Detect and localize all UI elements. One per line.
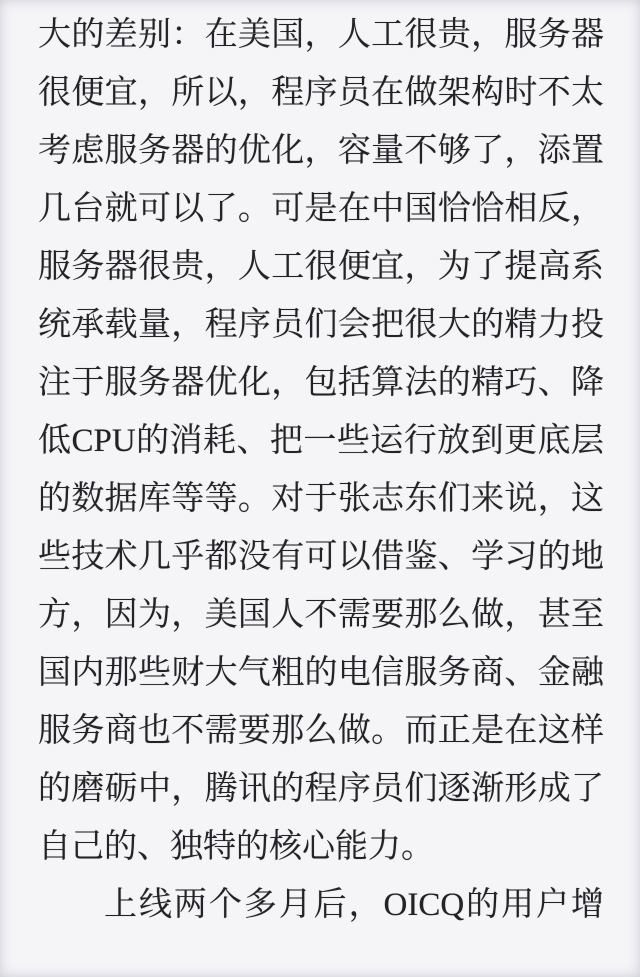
text-line: 国内那些财大气粗的电信服务商、金融 (38, 644, 604, 702)
text-line: 自己的、独特的核心能力。 (38, 818, 604, 876)
text-line: 考虑服务器的优化，容量不够了，添置 (38, 122, 604, 180)
text-line: 些技术几乎都没有可以借鉴、学习的地 (38, 528, 604, 586)
text-line: 服务商也不需要那么做。而正是在这样 (38, 702, 604, 760)
text-line: 几台就可以了。可是在中国恰恰相反， (38, 180, 604, 238)
text-line: 统承载量，程序员们会把很大的精力投 (38, 296, 604, 354)
text-line: 服务器很贵，人工很便宜，为了提高系 (38, 238, 604, 296)
text-line: 上线两个多月后，OICQ的用户增 (38, 876, 604, 934)
text-line: 的磨砺中，腾讯的程序员们逐渐形成了 (38, 760, 604, 818)
text-line: 很便宜，所以，程序员在做架构时不太 (38, 64, 604, 122)
text-line: 注于服务器优化，包括算法的精巧、降 (38, 354, 604, 412)
page-text: 大的差别：在美国，人工很贵，服务器 很便宜，所以，程序员在做架构时不太 考虑服务… (38, 6, 604, 934)
text-line: 大的差别：在美国，人工很贵，服务器 (38, 6, 604, 64)
text-line: 方，因为，美国人不需要那么做，甚至 (38, 586, 604, 644)
book-page: 大的差别：在美国，人工很贵，服务器 很便宜，所以，程序员在做架构时不太 考虑服务… (0, 0, 640, 977)
text-line: 低CPU的消耗、把一些运行放到更底层 (38, 412, 604, 470)
text-line: 的数据库等等。对于张志东们来说，这 (38, 470, 604, 528)
